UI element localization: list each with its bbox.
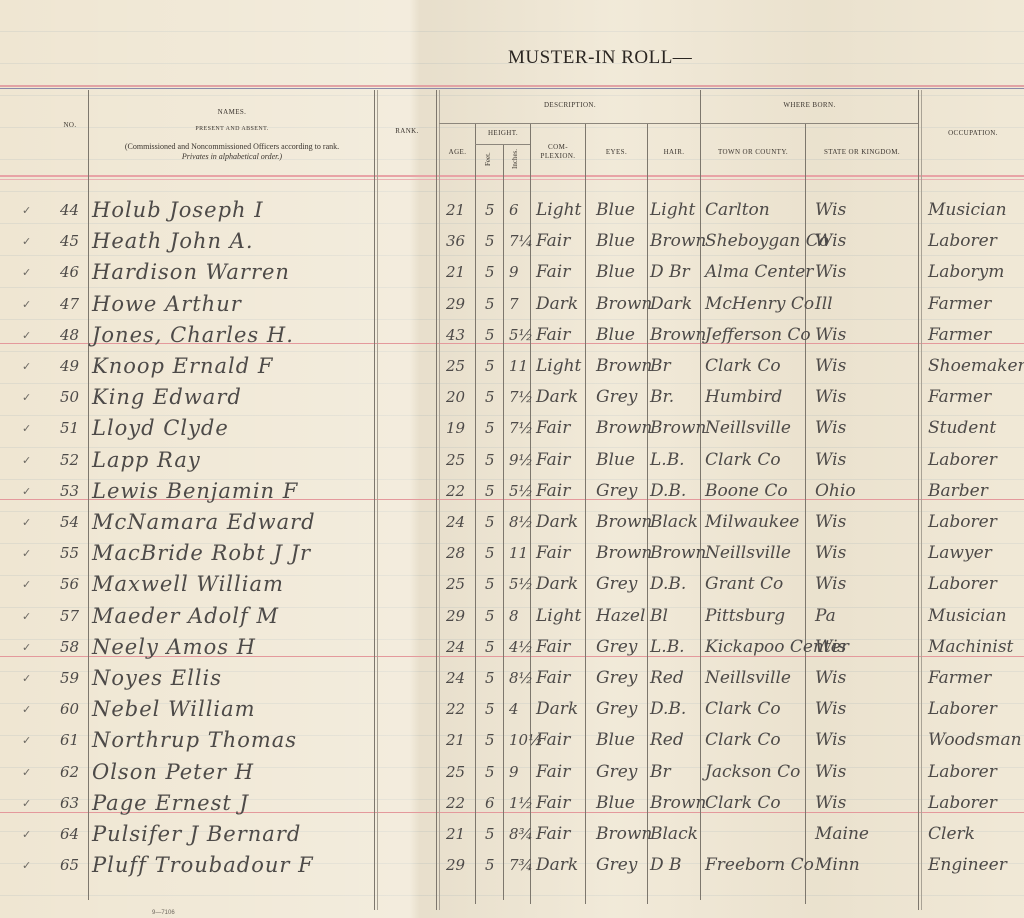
birthplace-town: Alma Center [705, 257, 813, 288]
complexion: Fair [536, 413, 570, 444]
hair-color: D.B. [650, 694, 686, 725]
table-row: ✓ 55 MacBride Robt J Jr 28 5 11 Fair Bro… [0, 538, 1024, 569]
eye-color: Brown [596, 819, 652, 850]
height-inches: 7 [509, 289, 519, 320]
soldier-name: Heath John A. [92, 226, 254, 257]
age: 29 [446, 850, 465, 881]
occupation: Farmer [928, 663, 991, 694]
birthplace-state: Wis [815, 757, 846, 788]
table-row: ✓ 62 Olson Peter H 25 5 9 Fair Grey Br J… [0, 757, 1024, 788]
hair-color: Brown [650, 538, 706, 569]
table-row: ✓ 59 Noyes Ellis 24 5 8½ Fair Grey Red N… [0, 663, 1024, 694]
birthplace-state: Wis [815, 445, 846, 476]
age: 24 [446, 507, 465, 538]
soldier-name: Maeder Adolf M [92, 601, 279, 632]
header-town-or-county: TOWN OR COUNTY. [701, 148, 805, 156]
soldier-name: Pulsifer J Bernard [92, 819, 301, 850]
height-inches: 5½ [509, 476, 533, 507]
soldier-name: Pluff Troubadour F [92, 850, 314, 881]
header-height: HEIGHT. [476, 129, 530, 137]
birthplace-town: Pittsburg [705, 601, 785, 632]
birthplace-state: Wis [815, 694, 846, 725]
check-mark: ✓ [22, 788, 31, 819]
hair-color: Black [650, 507, 698, 538]
height-feet: 5 [485, 601, 495, 632]
entry-number: 62 [60, 757, 79, 788]
height-feet: 5 [485, 632, 495, 663]
complexion: Dark [536, 289, 578, 320]
eye-color: Grey [596, 663, 637, 694]
header-top-blue-rule [0, 88, 1024, 89]
age: 22 [446, 788, 465, 819]
table-row: ✓ 44 Holub Joseph I 21 5 6 Light Blue Li… [0, 195, 1024, 226]
occupation: Engineer [928, 850, 1007, 881]
table-row: ✓ 65 Pluff Troubadour F 29 5 7¾ Dark Gre… [0, 850, 1024, 881]
table-row: ✓ 57 Maeder Adolf M 29 5 8 Light Hazel B… [0, 601, 1024, 632]
check-mark: ✓ [22, 351, 31, 382]
complexion: Fair [536, 538, 570, 569]
height-feet: 5 [485, 382, 495, 413]
table-row: ✓ 48 Jones, Charles H. 43 5 5½ Fair Blue… [0, 320, 1024, 351]
age: 25 [446, 351, 465, 382]
complexion: Dark [536, 850, 578, 881]
hair-color: D B [650, 850, 682, 881]
height-inches: 11 [509, 538, 528, 569]
birthplace-state: Maine [815, 819, 869, 850]
birthplace-town: Jefferson Co [705, 320, 811, 351]
birthplace-state: Wis [815, 257, 846, 288]
age: 24 [446, 663, 465, 694]
entry-number: 64 [60, 819, 79, 850]
soldier-name: King Edward [92, 382, 242, 413]
birthplace-state: Pa [815, 601, 836, 632]
soldier-name: Holub Joseph I [92, 195, 264, 226]
birthplace-town: McHenry Co [705, 289, 814, 320]
hair-color: D.B. [650, 569, 686, 600]
hair-color: D.B. [650, 476, 686, 507]
occupation: Lawyer [928, 538, 992, 569]
age: 25 [446, 445, 465, 476]
height-feet: 5 [485, 289, 495, 320]
height-feet: 5 [485, 569, 495, 600]
check-mark: ✓ [22, 257, 31, 288]
occupation: Farmer [928, 320, 991, 351]
check-mark: ✓ [22, 320, 31, 351]
header-top-rule [0, 85, 1024, 87]
eye-color: Blue [596, 257, 635, 288]
birthplace-town: Sheboygan Co [705, 226, 829, 257]
eye-color: Grey [596, 757, 637, 788]
birthplace-town: Freeborn Co [705, 850, 814, 881]
hair-color: Brown [650, 413, 706, 444]
complexion: Dark [536, 694, 578, 725]
table-row: ✓ 58 Neely Amos H 24 5 4½ Fair Grey L.B.… [0, 632, 1024, 663]
height-feet: 5 [485, 476, 495, 507]
entry-number: 49 [60, 351, 79, 382]
complexion: Fair [536, 226, 570, 257]
table-row: ✓ 64 Pulsifer J Bernard 21 5 8¾ Fair Bro… [0, 819, 1024, 850]
header-bottom-rule-2 [0, 179, 1024, 180]
complexion: Fair [536, 257, 570, 288]
birthplace-state: Ohio [815, 476, 856, 507]
header-names-note-2: Privates in alphabetical order.) [92, 152, 372, 162]
height-feet: 5 [485, 351, 495, 382]
soldier-name: Knoop Ernald F [92, 351, 273, 382]
occupation: Laborer [928, 694, 997, 725]
hair-color: D Br [650, 257, 690, 288]
hair-color: Red [650, 663, 684, 694]
eye-color: Hazel [596, 601, 645, 632]
occupation: Laborer [928, 757, 997, 788]
height-inches: 5½ [509, 320, 533, 351]
description-subheader-line [439, 123, 918, 124]
birthplace-town: Boone Co [705, 476, 788, 507]
form-number: 9—7106 [152, 910, 175, 916]
check-mark: ✓ [22, 569, 31, 600]
age: 22 [446, 694, 465, 725]
header-eyes: EYES. [586, 148, 647, 156]
age: 20 [446, 382, 465, 413]
height-inches: 7½ [509, 413, 533, 444]
complexion: Fair [536, 819, 570, 850]
entry-number: 47 [60, 289, 79, 320]
table-row: ✓ 47 Howe Arthur 29 5 7 Dark Brown Dark … [0, 289, 1024, 320]
hair-color: Brown [650, 226, 706, 257]
entry-number: 55 [60, 538, 79, 569]
height-inches: 7¾ [509, 850, 533, 881]
eye-color: Brown [596, 538, 652, 569]
complexion: Fair [536, 320, 570, 351]
height-feet: 5 [485, 257, 495, 288]
check-mark: ✓ [22, 445, 31, 476]
height-inches: 9½ [509, 445, 533, 476]
eye-color: Blue [596, 788, 635, 819]
age: 21 [446, 257, 465, 288]
birthplace-state: Wis [815, 632, 846, 663]
hair-color: Brown [650, 788, 706, 819]
eye-color: Blue [596, 725, 635, 756]
soldier-name: Noyes Ellis [92, 663, 222, 694]
eye-color: Brown [596, 507, 652, 538]
eye-color: Blue [596, 226, 635, 257]
eye-color: Grey [596, 476, 637, 507]
complexion: Fair [536, 632, 570, 663]
birthplace-state: Wis [815, 538, 846, 569]
hair-color: Br. [650, 382, 674, 413]
soldier-name: Lloyd Clyde [92, 413, 229, 444]
birthplace-town: Carlton [705, 195, 770, 226]
eye-color: Grey [596, 632, 637, 663]
complexion: Dark [536, 507, 578, 538]
occupation: Farmer [928, 382, 991, 413]
soldier-name: MacBride Robt J Jr [92, 538, 311, 569]
age: 21 [446, 819, 465, 850]
soldier-name: Maxwell William [92, 569, 284, 600]
height-feet: 5 [485, 819, 495, 850]
check-mark: ✓ [22, 725, 31, 756]
eye-color: Blue [596, 445, 635, 476]
complexion: Fair [536, 476, 570, 507]
header-rank: RANK. [380, 127, 434, 135]
height-feet: 6 [485, 788, 495, 819]
check-mark: ✓ [22, 507, 31, 538]
birthplace-town: Clark Co [705, 445, 781, 476]
hair-color: Br [650, 757, 671, 788]
entry-number: 45 [60, 226, 79, 257]
check-mark: ✓ [22, 850, 31, 881]
entry-number: 54 [60, 507, 79, 538]
height-inches: 7¼ [509, 226, 533, 257]
complexion: Fair [536, 788, 570, 819]
birthplace-state: Wis [815, 569, 846, 600]
birthplace-town: Neillsville [705, 538, 791, 569]
height-feet: 5 [485, 725, 495, 756]
header-names-note-1: (Commissioned and Noncommissioned Office… [92, 142, 372, 152]
header-description: DESCRIPTION. [440, 101, 700, 109]
height-inches: 9 [509, 757, 519, 788]
height-feet: 5 [485, 445, 495, 476]
check-mark: ✓ [22, 663, 31, 694]
entry-number: 63 [60, 788, 79, 819]
complexion: Dark [536, 569, 578, 600]
table-row: ✓ 53 Lewis Benjamin F 22 5 5½ Fair Grey … [0, 476, 1024, 507]
soldier-name: Olson Peter H [92, 757, 254, 788]
height-feet: 5 [485, 226, 495, 257]
birthplace-town: Humbird [705, 382, 782, 413]
occupation: Shoemaker [928, 351, 1024, 382]
eye-color: Blue [596, 320, 635, 351]
soldier-name: McNamara Edward [92, 507, 316, 538]
soldier-name: Lewis Benjamin F [92, 476, 298, 507]
birthplace-town: Milwaukee [705, 507, 799, 538]
birthplace-state: Minn [815, 850, 860, 881]
height-inches: 4 [509, 694, 519, 725]
occupation: Farmer [928, 289, 991, 320]
soldier-name: Page Ernest J [92, 788, 249, 819]
height-feet: 5 [485, 850, 495, 881]
header-hair: HAIR. [648, 148, 700, 156]
birthplace-town: Clark Co [705, 694, 781, 725]
height-feet: 5 [485, 694, 495, 725]
check-mark: ✓ [22, 476, 31, 507]
complexion: Light [536, 601, 581, 632]
soldier-name: Neely Amos H [92, 632, 256, 663]
check-mark: ✓ [22, 757, 31, 788]
eye-color: Grey [596, 569, 637, 600]
hair-color: Bl [650, 601, 668, 632]
table-row: ✓ 46 Hardison Warren 21 5 9 Fair Blue D … [0, 257, 1024, 288]
check-mark: ✓ [22, 195, 31, 226]
entry-number: 50 [60, 382, 79, 413]
height-inches: 7½ [509, 382, 533, 413]
header-occupation: OCCUPATION. [922, 129, 1024, 137]
birthplace-town: Grant Co [705, 569, 783, 600]
age: 24 [446, 632, 465, 663]
complexion: Fair [536, 445, 570, 476]
birthplace-state: Wis [815, 382, 846, 413]
age: 25 [446, 569, 465, 600]
eye-color: Blue [596, 195, 635, 226]
age: 29 [446, 289, 465, 320]
soldier-name: Lapp Ray [92, 445, 201, 476]
birthplace-town: Neillsville [705, 413, 791, 444]
eye-color: Grey [596, 694, 637, 725]
hair-color: Brown [650, 320, 706, 351]
birthplace-town: Neillsville [705, 663, 791, 694]
table-row: ✓ 50 King Edward 20 5 7½ Dark Grey Br. H… [0, 382, 1024, 413]
entry-number: 61 [60, 725, 79, 756]
header-where-born: WHERE BORN. [701, 101, 918, 109]
age: 21 [446, 725, 465, 756]
hair-color: Dark [650, 289, 692, 320]
table-row: ✓ 63 Page Ernest J 22 6 1½ Fair Blue Bro… [0, 788, 1024, 819]
height-inches: 8 [509, 601, 519, 632]
soldier-name: Nebel William [92, 694, 256, 725]
height-feet: 5 [485, 538, 495, 569]
height-inches: 8½ [509, 663, 533, 694]
age: 21 [446, 195, 465, 226]
table-row: ✓ 49 Knoop Ernald F 25 5 11 Light Brown … [0, 351, 1024, 382]
hair-color: L.B. [650, 445, 685, 476]
birthplace-town: Jackson Co [705, 757, 800, 788]
occupation: Clerk [928, 819, 975, 850]
birthplace-state: Wis [815, 413, 846, 444]
check-mark: ✓ [22, 413, 31, 444]
muster-roll-page: MUSTER-IN ROLL— NO. NAMES. PRESENT AND A… [0, 0, 1024, 918]
height-inches: 5½ [509, 569, 533, 600]
header-bottom-rule [0, 175, 1024, 177]
table-row: ✓ 52 Lapp Ray 25 5 9½ Fair Blue L.B. Cla… [0, 445, 1024, 476]
birthplace-state: Wis [815, 195, 846, 226]
table-row: ✓ 61 Northrup Thomas 21 5 10½ Fair Blue … [0, 725, 1024, 756]
age: 43 [446, 320, 465, 351]
entry-number: 46 [60, 257, 79, 288]
entry-number: 51 [60, 413, 79, 444]
occupation: Laborer [928, 507, 997, 538]
table-row: ✓ 56 Maxwell William 25 5 5½ Dark Grey D… [0, 569, 1024, 600]
check-mark: ✓ [22, 632, 31, 663]
soldier-name: Northrup Thomas [92, 725, 297, 756]
header-names: NAMES. [92, 108, 372, 116]
occupation: Laborer [928, 445, 997, 476]
occupation: Laborer [928, 226, 997, 257]
birthplace-state: Wis [815, 788, 846, 819]
entry-number: 58 [60, 632, 79, 663]
complexion: Light [536, 195, 581, 226]
height-feet: 5 [485, 320, 495, 351]
header-feet: Feet. [484, 148, 492, 170]
occupation: Laborer [928, 569, 997, 600]
birthplace-state: Wis [815, 725, 846, 756]
entry-number: 53 [60, 476, 79, 507]
height-feet: 5 [485, 663, 495, 694]
soldier-name: Hardison Warren [92, 257, 290, 288]
birthplace-state: Wis [815, 663, 846, 694]
complexion: Dark [536, 382, 578, 413]
age: 22 [446, 476, 465, 507]
check-mark: ✓ [22, 382, 31, 413]
occupation: Laborer [928, 788, 997, 819]
occupation: Laborym [928, 257, 1004, 288]
header-names-sub: PRESENT AND ABSENT. [92, 126, 372, 132]
check-mark: ✓ [22, 819, 31, 850]
birthplace-state: Wis [815, 351, 846, 382]
occupation: Musician [928, 195, 1007, 226]
soldier-name: Howe Arthur [92, 289, 242, 320]
height-feet: 5 [485, 507, 495, 538]
height-feet: 5 [485, 757, 495, 788]
height-inches: 8½ [509, 507, 533, 538]
complexion: Light [536, 351, 581, 382]
eye-color: Brown [596, 289, 652, 320]
entry-number: 65 [60, 850, 79, 881]
hair-color: Light [650, 195, 695, 226]
header-age: AGE. [440, 148, 475, 156]
age: 19 [446, 413, 465, 444]
birthplace-state: Wis [815, 507, 846, 538]
document-title: MUSTER-IN ROLL— [508, 47, 692, 69]
entry-number: 44 [60, 195, 79, 226]
hair-color: Black [650, 819, 698, 850]
entry-number: 59 [60, 663, 79, 694]
complexion: Fair [536, 757, 570, 788]
occupation: Student [928, 413, 996, 444]
entry-number: 52 [60, 445, 79, 476]
height-inches: 9 [509, 257, 519, 288]
birthplace-town: Clark Co [705, 788, 781, 819]
eye-color: Grey [596, 850, 637, 881]
height-feet: 5 [485, 413, 495, 444]
age: 29 [446, 601, 465, 632]
header-no: NO. [58, 121, 82, 129]
header-inches: Inches. [511, 146, 519, 172]
occupation: Barber [928, 476, 988, 507]
height-inches: 4½ [509, 632, 533, 663]
height-inches: 1½ [509, 788, 533, 819]
soldier-name: Jones, Charles H. [92, 320, 294, 351]
check-mark: ✓ [22, 694, 31, 725]
hair-color: Red [650, 725, 684, 756]
age: 28 [446, 538, 465, 569]
age: 36 [446, 226, 465, 257]
birthplace-state: Wis [815, 226, 846, 257]
height-subheader-line [475, 144, 530, 145]
table-row: ✓ 54 McNamara Edward 24 5 8½ Dark Brown … [0, 507, 1024, 538]
header-complexion: COM- PLEXION. [531, 143, 585, 161]
table-row: ✓ 51 Lloyd Clyde 19 5 7½ Fair Brown Brow… [0, 413, 1024, 444]
height-inches: 8¾ [509, 819, 533, 850]
complexion: Fair [536, 725, 570, 756]
entry-number: 48 [60, 320, 79, 351]
occupation: Musician [928, 601, 1007, 632]
check-mark: ✓ [22, 226, 31, 257]
check-mark: ✓ [22, 601, 31, 632]
table-row: ✓ 45 Heath John A. 36 5 7¼ Fair Blue Bro… [0, 226, 1024, 257]
check-mark: ✓ [22, 289, 31, 320]
occupation: Woodsman [928, 725, 1022, 756]
height-feet: 5 [485, 195, 495, 226]
eye-color: Brown [596, 413, 652, 444]
hair-color: Br [650, 351, 671, 382]
complexion: Fair [536, 663, 570, 694]
height-inches: 6 [509, 195, 519, 226]
header-state-or-kingdom: STATE OR KINGDOM. [806, 148, 918, 156]
height-inches: 11 [509, 351, 528, 382]
entry-number: 57 [60, 601, 79, 632]
birthplace-town: Clark Co [705, 351, 781, 382]
birthplace-state: Wis [815, 320, 846, 351]
eye-color: Brown [596, 351, 652, 382]
